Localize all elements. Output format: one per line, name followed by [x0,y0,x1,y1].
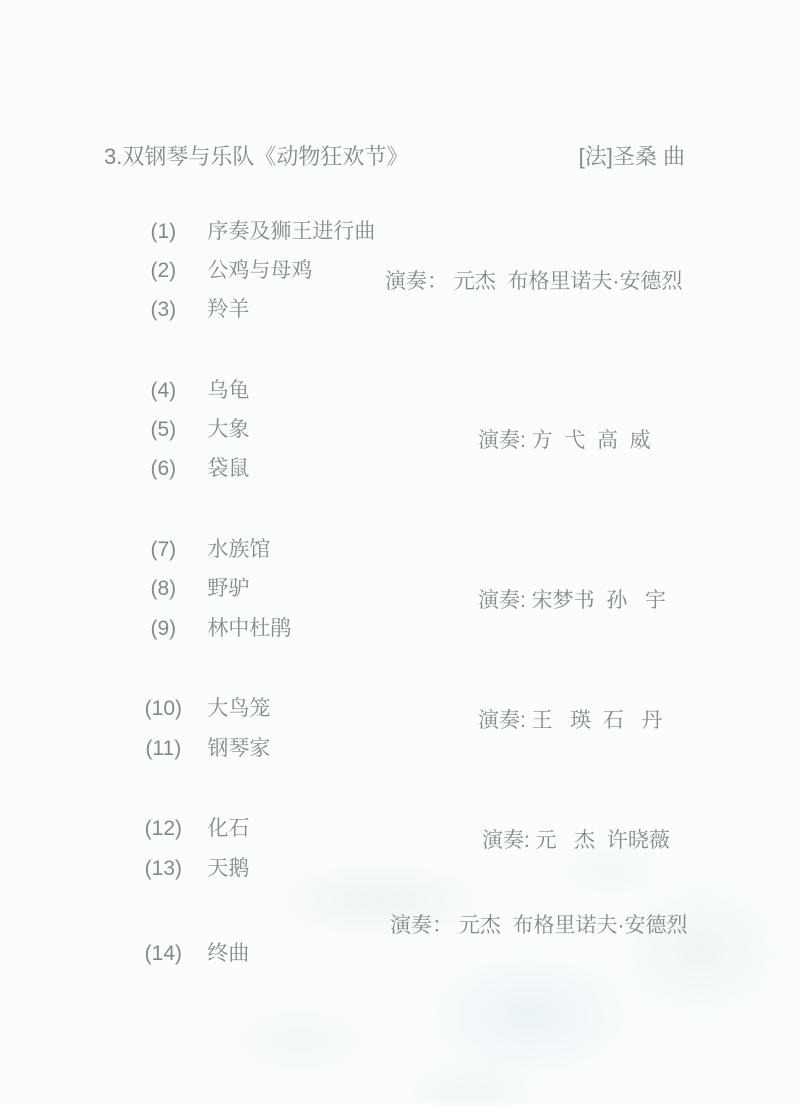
item-number: (9) [123,615,203,643]
item-performers: 演奏： 元杰 布格里诺夫·安德烈 [390,912,688,940]
program-header: 3.双钢琴与乐队《动物狂欢节》 [法]圣桑 曲 [0,143,800,171]
program-item: (8)野驴 [0,547,800,575]
item-number: (11) [123,735,203,763]
item-performers: 演奏: 宋梦书 孙 宇 [478,587,666,615]
program-item: (13)天鹅 演奏: 元 杰 许晓薇 [0,827,800,855]
program-item: (11)钢琴家 演奏: 王 瑛 石 丹 [0,707,800,735]
item-number: (14) [123,940,203,968]
item-number: (6) [123,455,203,483]
item-title: 终曲 [207,942,249,965]
program-item: (5)大象 [0,388,800,416]
item-title: 林中杜鹃 [207,617,291,640]
program-item: (2)公鸡与母鸡 [0,229,800,257]
program-item: (1)序奏及狮王进行曲 [0,190,800,218]
program-item: (4)乌龟 [0,349,800,377]
item-number: (13) [123,855,203,883]
item-performers: 演奏: 元 杰 许晓薇 [482,827,670,855]
item-performers: 演奏: 王 瑛 石 丹 [478,707,662,735]
item-title: 袋鼠 [207,457,249,480]
program-title: 3.双钢琴与乐队《动物狂欢节》 [104,143,408,171]
item-number: (3) [123,296,203,324]
program-page: 3.双钢琴与乐队《动物狂欢节》 [法]圣桑 曲 (1)序奏及狮王进行曲 (2)公… [0,0,800,1105]
item-performers: 演奏： 元杰 布格里诺夫·安德烈 [385,268,683,296]
program-item: (14)终曲 演奏： 元杰 布格里诺夫·安德烈 [0,912,800,940]
program-item: (12)化石 [0,787,800,815]
program-item: (3)羚羊 演奏： 元杰 布格里诺夫·安德烈 [0,268,800,296]
item-title: 天鹅 [207,857,249,880]
program-item: (7)水族馆 [0,508,800,536]
item-performers: 演奏: 方 弋 高 威 [478,427,651,455]
composer-credit: [法]圣桑 曲 [579,143,685,171]
program-item: (10)大鸟笼 [0,667,800,695]
item-title: 钢琴家 [207,737,270,760]
item-title: 羚羊 [207,298,249,321]
program-item: (6)袋鼠 演奏: 方 弋 高 威 [0,427,800,455]
program-item: (9)林中杜鹃 演奏: 宋梦书 孙 宇 [0,587,800,615]
